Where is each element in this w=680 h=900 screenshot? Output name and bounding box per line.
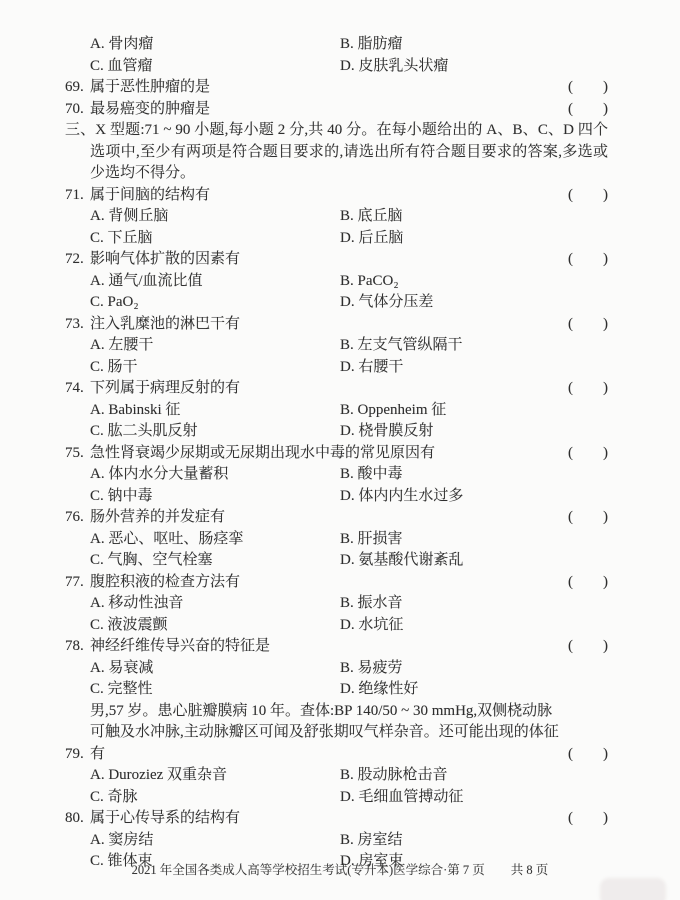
- shared-options-block: A. 骨肉瘤 B. 脂肪瘤 C. 血管瘤 D. 皮肤乳头状瘤: [90, 34, 608, 77]
- shared-option-a: A. 骨肉瘤: [90, 34, 340, 56]
- option-a: A. 恶心、呕吐、肠痉挛: [90, 529, 340, 551]
- option-a: A. 左腰干: [90, 335, 340, 357]
- section-header-x-type: 三、X 型题:71 ~ 90 小题,每小题 2 分,共 40 分。在每小题给出的…: [65, 120, 608, 185]
- option-d: D. 绝缘性好: [340, 679, 608, 701]
- answer-bracket: ( ): [568, 572, 608, 594]
- option-d: D. 体内内生水过多: [340, 486, 608, 508]
- question-76: 76. 肠外营养的并发症有 ( ) A. 恶心、呕吐、肠痉挛 B. 肝损害 C.…: [65, 507, 608, 572]
- answer-bracket: ( ): [568, 185, 608, 207]
- option-d: D. 毛细血管搏动征: [340, 787, 608, 809]
- answer-bracket: ( ): [568, 507, 608, 529]
- question-71: 71. 属于间脑的结构有 ( ) A. 背侧丘脑 B. 底丘脑 C. 下丘脑 D…: [65, 185, 608, 250]
- question-79: 79. 男,57 岁。患心脏瓣膜病 10 年。查体:BP 140/50 ~ 30…: [65, 701, 608, 809]
- question-74: 74. 下列属于病理反射的有 ( ) A. Babinski 征 B. Oppe…: [65, 378, 608, 443]
- question-77: 77. 腹腔积液的检查方法有 ( ) A. 移动性浊音 B. 振水音 C. 液波…: [65, 572, 608, 637]
- option-b: B. 左支气管纵隔干: [340, 335, 608, 357]
- answer-bracket: ( ): [568, 378, 608, 400]
- question-69: 69. 属于恶性肿瘤的是 ( ): [65, 77, 608, 99]
- footer-total-pages: 共 8 页: [511, 863, 549, 877]
- question-number: 72.: [65, 249, 90, 271]
- option-b: B. 肝损害: [340, 529, 608, 551]
- answer-bracket: ( ): [568, 99, 608, 121]
- question-stem: 属于心传导系的结构有: [90, 808, 568, 830]
- question-stem: 下列属于病理反射的有: [90, 378, 568, 400]
- question-number: 69.: [65, 77, 90, 99]
- question-75: 75. 急性肾衰竭少尿期或无尿期出现水中毒的常见原因有 ( ) A. 体内水分大…: [65, 443, 608, 508]
- shared-option-b: B. 脂肪瘤: [340, 34, 608, 56]
- option-d: D. 水坑征: [340, 615, 608, 637]
- option-b: B. 酸中毒: [340, 464, 608, 486]
- option-c: C. 完整性: [90, 679, 340, 701]
- option-c: C. 气胸、空气栓塞: [90, 550, 340, 572]
- question-stem: 神经纤维传导兴奋的特征是: [90, 636, 568, 658]
- question-number: 80.: [65, 808, 90, 830]
- question-72: 72. 影响气体扩散的因素有 ( ) A. 通气/血流比值 B. PaCO₂ C…: [65, 249, 608, 314]
- option-a: A. 易衰减: [90, 658, 340, 680]
- option-a: A. Duroziez 双重杂音: [90, 765, 340, 787]
- option-b: B. 房室结: [340, 830, 608, 852]
- question-number: 71.: [65, 185, 90, 207]
- option-d: D. 气体分压差: [340, 292, 608, 314]
- question-stem: 影响气体扩散的因素有: [90, 249, 568, 271]
- question-stem: 急性肾衰竭少尿期或无尿期出现水中毒的常见原因有: [90, 443, 568, 465]
- option-b: B. 底丘脑: [340, 206, 608, 228]
- option-a: A. 体内水分大量蓄积: [90, 464, 340, 486]
- option-b: B. Oppenheim 征: [340, 400, 608, 422]
- option-d: D. 右腰干: [340, 357, 608, 379]
- option-b: B. 股动脉枪击音: [340, 765, 608, 787]
- question-number: 74.: [65, 378, 90, 400]
- question-number: 73.: [65, 314, 90, 336]
- page-footer: 2021 年全国各类成人高等学校招生考试(专升本)医学综合·第 7 页共 8 页: [0, 860, 680, 882]
- question-stem: 最易癌变的肿瘤是: [90, 99, 568, 121]
- answer-bracket: ( ): [568, 443, 608, 465]
- option-c: C. 液波震颤: [90, 615, 340, 637]
- answer-bracket: ( ): [568, 808, 608, 830]
- option-c: C. 下丘脑: [90, 228, 340, 250]
- option-d: D. 桡骨膜反射: [340, 421, 608, 443]
- faint-watermark-stamp: [600, 878, 666, 900]
- question-number: 76.: [65, 507, 90, 529]
- option-c: C. 奇脉: [90, 787, 340, 809]
- option-d: D. 后丘脑: [340, 228, 608, 250]
- exam-page: A. 骨肉瘤 B. 脂肪瘤 C. 血管瘤 D. 皮肤乳头状瘤 69. 属于恶性肿…: [0, 0, 680, 900]
- question-number: 78.: [65, 636, 90, 658]
- question-stem: 男,57 岁。患心脏瓣膜病 10 年。查体:BP 140/50 ~ 30 mmH…: [90, 701, 568, 766]
- question-stem: 腹腔积液的检查方法有: [90, 572, 568, 594]
- option-a: A. 通气/血流比值: [90, 271, 340, 293]
- option-d: D. 氨基酸代谢紊乱: [340, 550, 608, 572]
- question-73: 73. 注入乳糜池的淋巴干有 ( ) A. 左腰干 B. 左支气管纵隔干 C. …: [65, 314, 608, 379]
- question-stem: 属于间脑的结构有: [90, 185, 568, 207]
- option-b: B. 易疲劳: [340, 658, 608, 680]
- option-b: B. PaCO₂: [340, 271, 608, 293]
- question-number: 75.: [65, 443, 90, 465]
- answer-bracket: ( ): [568, 77, 608, 99]
- question-stem: 属于恶性肿瘤的是: [90, 77, 568, 99]
- option-c: C. 钠中毒: [90, 486, 340, 508]
- option-a: A. Babinski 征: [90, 400, 340, 422]
- shared-option-c: C. 血管瘤: [90, 56, 340, 78]
- question-stem: 注入乳糜池的淋巴干有: [90, 314, 568, 336]
- answer-bracket: ( ): [568, 314, 608, 336]
- question-number: 77.: [65, 572, 90, 594]
- answer-bracket: ( ): [568, 636, 608, 658]
- question-stem: 肠外营养的并发症有: [90, 507, 568, 529]
- question-number: 70.: [65, 99, 90, 121]
- question-number: 79.: [65, 744, 90, 766]
- option-b: B. 振水音: [340, 593, 608, 615]
- option-a: A. 窦房结: [90, 830, 340, 852]
- answer-bracket: ( ): [568, 249, 608, 271]
- option-c: C. 肱二头肌反射: [90, 421, 340, 443]
- exam-content: A. 骨肉瘤 B. 脂肪瘤 C. 血管瘤 D. 皮肤乳头状瘤 69. 属于恶性肿…: [65, 34, 608, 873]
- question-70: 70. 最易癌变的肿瘤是 ( ): [65, 99, 608, 121]
- shared-option-d: D. 皮肤乳头状瘤: [340, 56, 608, 78]
- option-c: C. 肠干: [90, 357, 340, 379]
- option-a: A. 移动性浊音: [90, 593, 340, 615]
- option-c: C. PaO₂: [90, 292, 340, 314]
- answer-bracket: ( ): [568, 744, 608, 766]
- footer-exam-title-page: 2021 年全国各类成人高等学校招生考试(专升本)医学综合·第 7 页: [132, 863, 485, 877]
- option-a: A. 背侧丘脑: [90, 206, 340, 228]
- question-78: 78. 神经纤维传导兴奋的特征是 ( ) A. 易衰减 B. 易疲劳 C. 完整…: [65, 636, 608, 701]
